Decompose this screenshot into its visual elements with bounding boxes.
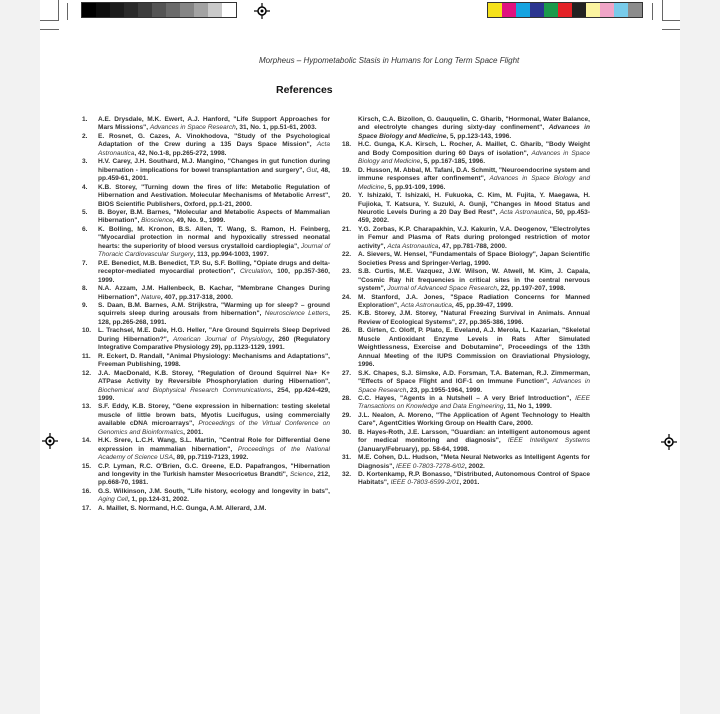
reference-text: B. Hayes-Roth, J.E. Larsson, "Guardian: …: [358, 429, 590, 454]
reference-text: D. Kortenkamp, R.P. Bonasso, "Distribute…: [358, 471, 590, 488]
reference-number: 17.: [82, 505, 98, 513]
reference-text: J.A. MacDonald, K.B. Storey, "Regulation…: [98, 370, 330, 404]
journal-name: Biochemical and Biophysical Research Com…: [98, 387, 271, 394]
section-title: References: [276, 84, 333, 96]
reference-number: 25.: [342, 310, 358, 327]
calibration-swatch: [138, 3, 152, 17]
calibration-swatch: [516, 3, 530, 17]
reference-item: 30.B. Hayes-Roth, J.E. Larsson, "Guardia…: [342, 429, 590, 454]
reference-item: 11.R. Eckert, D. Randall, "Animal Physio…: [82, 353, 330, 370]
reference-item: 31.M.E. Cohen, D.L. Hudson, "Meta Neural…: [342, 454, 590, 471]
reference-number: 1.: [82, 116, 98, 133]
calibration-swatch: [180, 3, 194, 17]
reference-text: K.B. Storey, "Turning down the fires of …: [98, 184, 330, 209]
calibration-swatch: [530, 3, 544, 17]
reference-number: 9.: [82, 302, 98, 327]
journal-name: IEEE Intelligent Systems: [508, 437, 590, 444]
crop-mark-tl-v2: [67, 3, 68, 20]
calibration-swatch: [558, 3, 572, 17]
calibration-swatch: [222, 3, 236, 17]
reference-number: 27.: [342, 370, 358, 395]
reference-number: 22.: [342, 251, 358, 268]
calibration-swatch: [208, 3, 222, 17]
reference-number: 4.: [82, 184, 98, 209]
reference-text: C.C. Hayes, "Agents in a Nutshell – A ve…: [358, 395, 590, 412]
reference-number: 31.: [342, 454, 358, 471]
reference-text: K.B. Storey, J.M. Storey, "Natural Freez…: [358, 310, 590, 327]
reference-number: 5.: [82, 209, 98, 226]
reference-text: J.L. Nealon, A. Moreno, "The Application…: [358, 412, 590, 429]
journal-name: Acta Astronautica: [387, 243, 438, 250]
reference-text: S.K. Chapes, S.J. Simske, A.D. Forsman, …: [358, 370, 590, 395]
reference-number: 2.: [82, 133, 98, 158]
reference-text: B. Boyer, B.M. Barnes, "Molecular and Me…: [98, 209, 330, 226]
reference-number: 12.: [82, 370, 98, 404]
reference-item: 7.P.E. Benedict, M.B. Benedict, T.P. Su,…: [82, 260, 330, 285]
reference-item: 14.H.K. Srere, L.C.H. Wang, S.L. Martin,…: [82, 437, 330, 462]
calibration-swatch: [502, 3, 516, 17]
reference-item: 28.C.C. Hayes, "Agents in a Nutshell – A…: [342, 395, 590, 412]
reference-text: K. Bolling, M. Kronon, B.S. Allen, T. Wa…: [98, 226, 330, 260]
calibration-swatch: [600, 3, 614, 17]
reference-number: 10.: [82, 327, 98, 352]
reference-item: 24.M. Stanford, J.A. Jones, "Space Radia…: [342, 294, 590, 311]
reference-number: 7.: [82, 260, 98, 285]
reference-item: 22.A. Sievers, W. Hensel, "Fundamentals …: [342, 251, 590, 268]
reference-number: 15.: [82, 463, 98, 488]
calibration-swatch: [488, 3, 502, 17]
color-calibration-bar: [487, 2, 643, 18]
reference-item: 15.C.P. Lyman, R.C. O'Brien, G.C. Greene…: [82, 463, 330, 488]
reference-item: 4.K.B. Storey, "Turning down the fires o…: [82, 184, 330, 209]
reference-item: 27.S.K. Chapes, S.J. Simske, A.D. Forsma…: [342, 370, 590, 395]
reference-number: 23.: [342, 268, 358, 293]
reference-text: G.S. Wilkinson, J.M. South, "Life histor…: [98, 488, 330, 505]
reference-item: 8.N.A. Azzam, J.M. Hallenbeck, B. Kachar…: [82, 285, 330, 302]
reference-number: 19.: [342, 167, 358, 192]
journal-name: Advances in Space Research: [150, 124, 236, 131]
reference-text: H.C. Gunga, K.A. Kirsch, L. Rocher, A. M…: [358, 141, 590, 166]
crop-mark-tr-v2: [652, 3, 653, 20]
reference-item: 3.H.V. Carey, J.H. Southard, M.J. Mangin…: [82, 158, 330, 183]
crop-mark-tr-h: [662, 20, 680, 21]
calibration-swatch: [152, 3, 166, 17]
reference-number: 18.: [342, 141, 358, 166]
reference-item: 23.S.B. Curtis, M.E. Vazquez, J.W. Wilso…: [342, 268, 590, 293]
calibration-swatch: [124, 3, 138, 17]
reference-text: H.K. Srere, L.C.H. Wang, S.L. Martin, "C…: [98, 437, 330, 462]
reference-text: Y.G. Zorbas, K.P. Charapakhin, V.J. Kaku…: [358, 226, 590, 251]
reference-17-continuation: Kirsch, C.A. Bizollon, G. Gauquelin, C. …: [342, 116, 590, 141]
reference-text: S.B. Curtis, M.E. Vazquez, J.W. Wilson, …: [358, 268, 590, 293]
reference-number: 26.: [342, 327, 358, 369]
reference-text: A.E. Drysdale, M.K. Ewert, A.J. Hanford,…: [98, 116, 330, 133]
reference-item: 26.B. Girten, C. Oloff, P. Plato, E. Eve…: [342, 327, 590, 369]
reference-text: B. Girten, C. Oloff, P. Plato, E. Evelan…: [358, 327, 590, 369]
grayscale-calibration-bar: [81, 2, 237, 18]
calibration-swatch: [614, 3, 628, 17]
reference-text: D. Husson, M. Abbal, M. Tafani, D.A. Sch…: [358, 167, 590, 192]
reference-item: 13.S.F. Eddy, K.B. Storey, "Gene express…: [82, 403, 330, 437]
journal-name: American Journal of Physiology: [173, 336, 272, 343]
running-head: Morpheus – Hypometabolic Stasis in Human…: [259, 56, 519, 65]
reference-number: 13.: [82, 403, 98, 437]
calibration-swatch: [194, 3, 208, 17]
crop-mark-tl-h2: [40, 29, 59, 30]
reference-number: 20.: [342, 192, 358, 226]
reference-number: 8.: [82, 285, 98, 302]
reference-item: 12.J.A. MacDonald, K.B. Storey, "Regulat…: [82, 370, 330, 404]
calibration-swatch: [586, 3, 600, 17]
reference-item: 16.G.S. Wilkinson, J.M. South, "Life his…: [82, 488, 330, 505]
reference-text: R. Eckert, D. Randall, "Animal Physiolog…: [98, 353, 330, 370]
reference-item: 17.A. Maillet, S. Normand, H.C. Gunga, A…: [82, 505, 330, 513]
journal-name: Acta Astronautica: [500, 209, 552, 216]
crop-mark-tr-v: [662, 0, 663, 20]
journal-name: Journal of Advanced Space Research: [387, 285, 497, 292]
reference-item: 19.D. Husson, M. Abbal, M. Tafani, D.A. …: [342, 167, 590, 192]
journal-name: Bioscience: [141, 217, 173, 224]
references-column-right: Kirsch, C.A. Bizollon, G. Gauquelin, C. …: [342, 116, 590, 488]
reference-text: M.E. Cohen, D.L. Hudson, "Meta Neural Ne…: [358, 454, 590, 471]
reference-text: L. Trachsel, M.E. Dale, H.G. Heller, "Ar…: [98, 327, 330, 352]
reference-item: 18.H.C. Gunga, K.A. Kirsch, L. Rocher, A…: [342, 141, 590, 166]
calibration-swatch: [544, 3, 558, 17]
reference-item: 1.A.E. Drysdale, M.K. Ewert, A.J. Hanfor…: [82, 116, 330, 133]
reference-item: 6.K. Bolling, M. Kronon, B.S. Allen, T. …: [82, 226, 330, 260]
reference-text: A. Maillet, S. Normand, H.C. Gunga, A.M.…: [98, 505, 330, 513]
journal-name: Nature: [141, 294, 161, 301]
journal-name: IEEE 0-7803-6599-2/01: [391, 479, 460, 486]
reference-text: M. Stanford, J.A. Jones, "Space Radiatio…: [358, 294, 590, 311]
reference-number: 24.: [342, 294, 358, 311]
crop-mark-tr-h2: [662, 29, 680, 30]
reference-number: 16.: [82, 488, 98, 505]
reference-text: Y. Ishizaki, T. Ishizaki, H. Fukuoka, C.…: [358, 192, 590, 226]
journal-name: Gut: [306, 167, 317, 174]
reference-number: 6.: [82, 226, 98, 260]
reference-number: 11.: [82, 353, 98, 370]
calibration-swatch: [96, 3, 110, 17]
journal-name: Circulation: [240, 268, 271, 275]
reference-text: S. Daan, B.M. Barnes, A.M. Strijkstra, "…: [98, 302, 330, 327]
calibration-swatch: [572, 3, 586, 17]
crop-mark-tl-h: [40, 20, 59, 21]
reference-number: 14.: [82, 437, 98, 462]
reference-item: 25.K.B. Storey, J.M. Storey, "Natural Fr…: [342, 310, 590, 327]
references-column-left: 1.A.E. Drysdale, M.K. Ewert, A.J. Hanfor…: [82, 116, 330, 513]
calibration-swatch: [628, 3, 642, 17]
reference-number: 3.: [82, 158, 98, 183]
reference-number: 28.: [342, 395, 358, 412]
reference-item: 29.J.L. Nealon, A. Moreno, "The Applicat…: [342, 412, 590, 429]
crop-mark-tl-v: [58, 0, 59, 20]
reference-text: A. Sievers, W. Hensel, "Fundamentals of …: [358, 251, 590, 268]
registration-target-icon-top: [254, 3, 270, 19]
reference-text: S.F. Eddy, K.B. Storey, "Gene expression…: [98, 403, 330, 437]
journal-name: Science: [290, 471, 313, 478]
reference-number: 32.: [342, 471, 358, 488]
journal-name: Aging Cell: [98, 496, 128, 503]
reference-item: 32.D. Kortenkamp, R.P. Bonasso, "Distrib…: [342, 471, 590, 488]
reference-number: 29.: [342, 412, 358, 429]
reference-item: 2.E. Rosnet, G. Cazes, A. Vinokhodova, "…: [82, 133, 330, 158]
registration-target-icon-left: [42, 433, 58, 449]
reference-item: 5.B. Boyer, B.M. Barnes, "Molecular and …: [82, 209, 330, 226]
calibration-swatch: [166, 3, 180, 17]
reference-text: H.V. Carey, J.H. Southard, M.J. Mangino,…: [98, 158, 330, 183]
calibration-swatch: [82, 3, 96, 17]
reference-item: 9.S. Daan, B.M. Barnes, A.M. Strijkstra,…: [82, 302, 330, 327]
reference-number: 21.: [342, 226, 358, 251]
reference-number: 30.: [342, 429, 358, 454]
reference-text: P.E. Benedict, M.B. Benedict, T.P. Su, S…: [98, 260, 330, 285]
journal-name: Acta Astronautica: [401, 302, 452, 309]
calibration-swatch: [110, 3, 124, 17]
reference-text: N.A. Azzam, J.M. Hallenbeck, B. Kachar, …: [98, 285, 330, 302]
reference-text: E. Rosnet, G. Cazes, A. Vinokhodova, "St…: [98, 133, 330, 158]
reference-item: 21.Y.G. Zorbas, K.P. Charapakhin, V.J. K…: [342, 226, 590, 251]
reference-item: 10.L. Trachsel, M.E. Dale, H.G. Heller, …: [82, 327, 330, 352]
reference-text: C.P. Lyman, R.C. O'Brien, G.C. Greene, E…: [98, 463, 330, 488]
reference-item: 20.Y. Ishizaki, T. Ishizaki, H. Fukuoka,…: [342, 192, 590, 226]
journal-name: Neuroscience Letters: [265, 310, 328, 317]
registration-target-icon-right: [661, 434, 677, 450]
journal-name: IEEE 0-7803-7278-6/02: [396, 463, 465, 470]
